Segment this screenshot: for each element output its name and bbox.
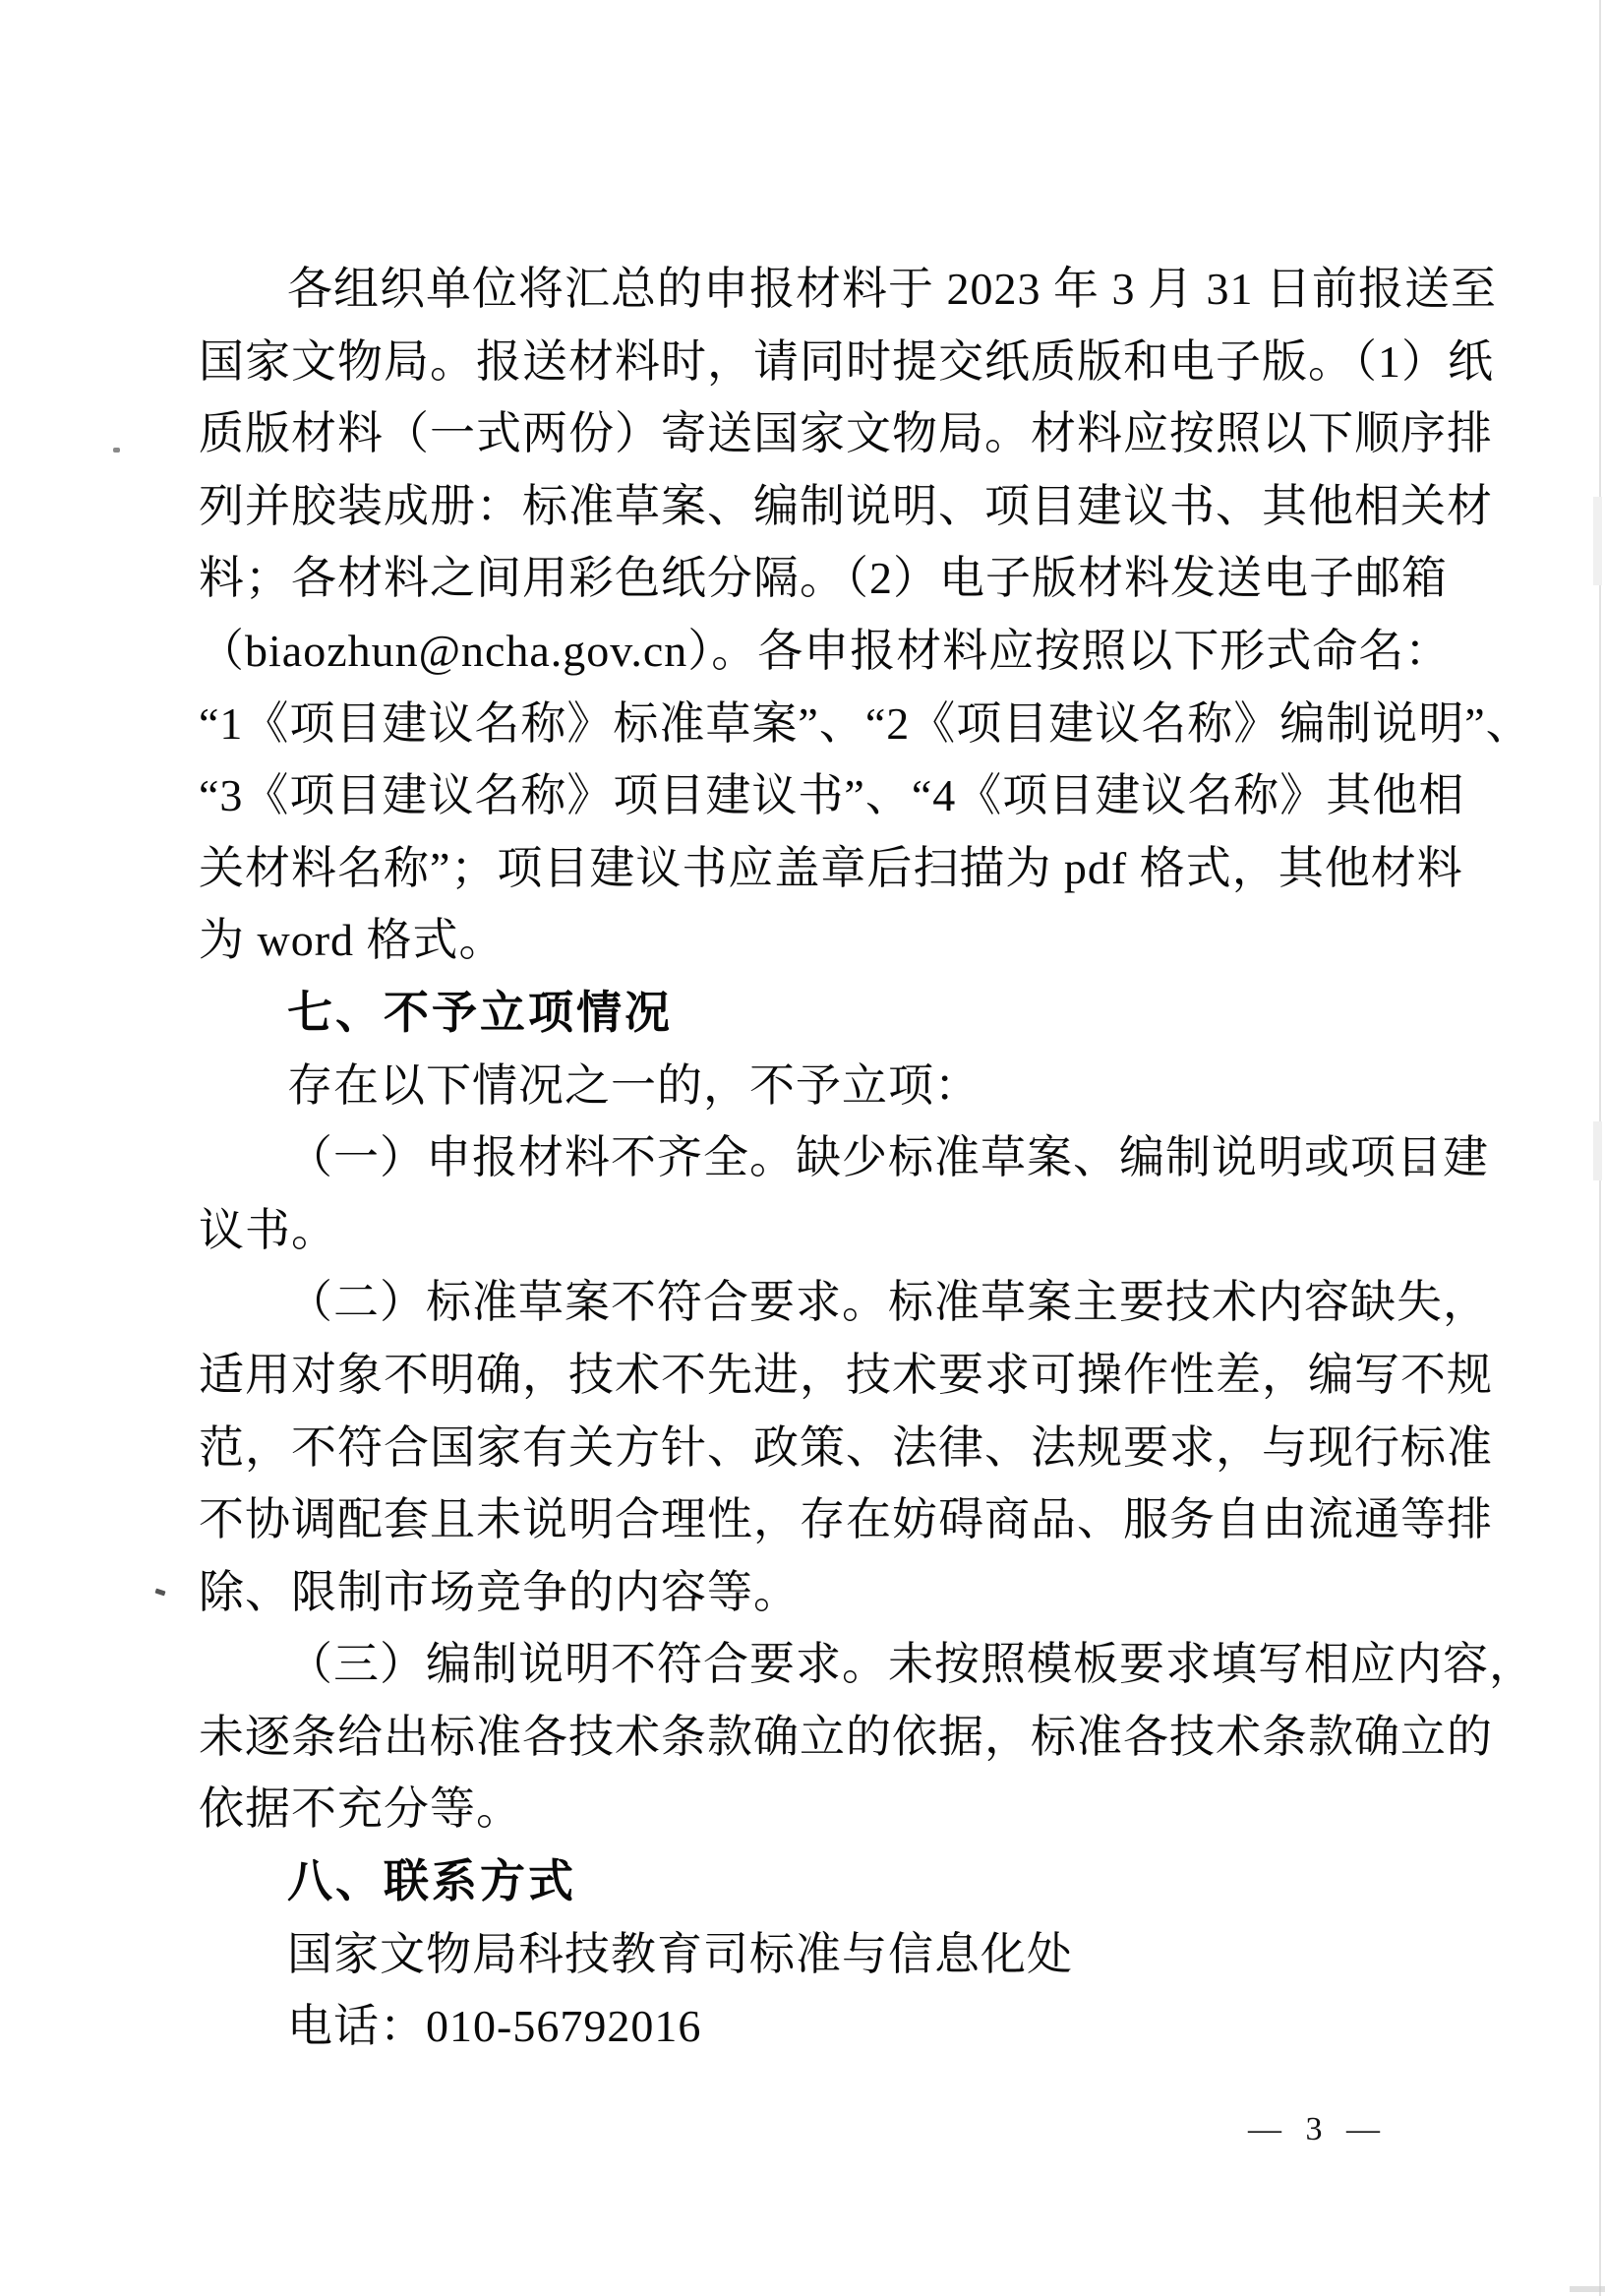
submission-paragraph-line-email: （biaozhun@ncha.gov.cn）。各申报材料应按照以下形式命名： [199, 615, 1444, 688]
section-7-heading: 七、不予立项情况 [199, 977, 1444, 1050]
section-7-item-2-line: 不协调配套且未说明合理性，存在妨碍商品、服务自由流通等排 [199, 1483, 1444, 1556]
scan-tick-left [154, 1589, 165, 1597]
section-7-item-2-line: 适用对象不明确，技术不先进，技术要求可操作性差，编写不规 [199, 1339, 1444, 1412]
scan-edge-blur [1593, 1121, 1602, 1180]
section-7-item-2-line: （二）标准草案不符合要求。标准草案主要技术内容缺失， [199, 1266, 1444, 1339]
section-7-item-3-line: 未逐条给出标准各技术条款确立的依据，标准各技术条款确立的 [199, 1701, 1444, 1774]
submission-paragraph-line: “3《项目建议名称》项目建议书”、“4《项目建议名称》其他相 [199, 759, 1444, 832]
scan-edge-blur [1593, 497, 1602, 585]
section-7-item-3-line: （三）编制说明不符合要求。未按照模板要求填写相应内容， [199, 1628, 1444, 1701]
submission-paragraph-line: 各组织单位将汇总的申报材料于 2023 年 3 月 31 日前报送至 [199, 253, 1444, 326]
submission-paragraph-line: 质版材料（一式两份）寄送国家文物局。材料应按照以下顺序排 [199, 397, 1444, 470]
submission-paragraph-line: 关材料名称”；项目建议书应盖章后扫描为 pdf 格式，其他材料 [199, 832, 1444, 905]
contact-department-line: 国家文物局科技教育司标准与信息化处 [199, 1918, 1444, 1991]
submission-paragraph-line: 为 word 格式。 [199, 904, 1444, 977]
submission-paragraph-line: “1《项目建议名称》标准草案”、“2《项目建议名称》编制说明”、 [199, 688, 1444, 760]
contact-phone-line: 电话：010-56792016 [199, 1990, 1444, 2063]
section-7-intro: 存在以下情况之一的，不予立项： [199, 1050, 1444, 1122]
document-text-block: 各组织单位将汇总的申报材料于 2023 年 3 月 31 日前报送至 国家文物局… [199, 253, 1444, 2063]
section-7-item-2-line: 除、限制市场竞争的内容等。 [199, 1556, 1444, 1629]
submission-paragraph-line: 料；各材料之间用彩色纸分隔。（2）电子版材料发送电子邮箱 [199, 542, 1444, 615]
scanned-document-page: 各组织单位将汇总的申报材料于 2023 年 3 月 31 日前报送至 国家文物局… [0, 0, 1605, 2296]
scan-speck-left [113, 448, 120, 453]
page-number: — 3 — [1231, 2111, 1398, 2148]
scan-corner-smudge [1570, 2286, 1605, 2292]
section-7-item-1-line: （一）申报材料不齐全。缺少标准草案、编制说明或项目建 [199, 1121, 1444, 1194]
section-7-item-1-line: 议书。 [199, 1194, 1444, 1267]
submission-paragraph-line: 列并胶装成册：标准草案、编制说明、项目建议书、其他相关材 [199, 470, 1444, 543]
section-7-item-3-line: 依据不充分等。 [199, 1773, 1444, 1845]
submission-paragraph-line: 国家文物局。报送材料时，请同时提交纸质版和电子版。（1）纸 [199, 326, 1444, 398]
section-8-heading: 八、联系方式 [199, 1845, 1444, 1918]
section-7-item-2-line: 范，不符合国家有关方针、政策、法律、法规要求，与现行标准 [199, 1412, 1444, 1484]
scan-edge-line [1599, 0, 1601, 2296]
